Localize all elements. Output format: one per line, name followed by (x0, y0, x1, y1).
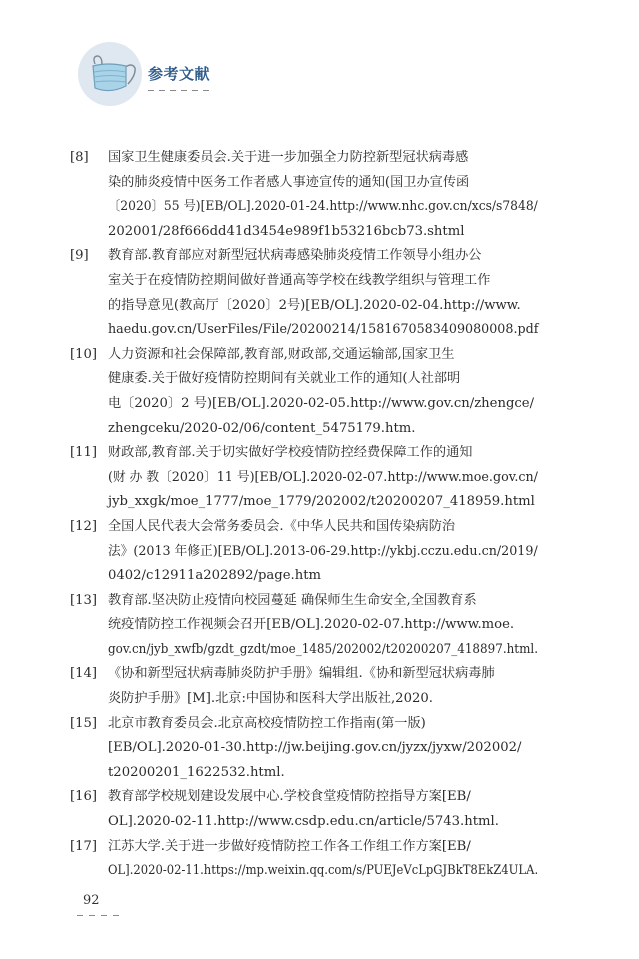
reference-number: [13] (70, 589, 97, 614)
reference-item: [8]国家卫生健康委员会.关于进一步加强全力防控新型冠状病毒感染的肺炎疫情中医务… (70, 146, 538, 244)
reference-item: [10]人力资源和社会保障部,教育部,财政部,交通运输部,国家卫生健康委.关于做… (70, 343, 538, 441)
reference-number: [16] (70, 785, 97, 810)
reference-line: 0402/c12911a202892/page.htm (108, 564, 538, 589)
reference-line: 炎防护手册》[M].北京:中国协和医科大学出版社,2020. (108, 687, 538, 712)
page-number-dashed-underline (77, 915, 119, 916)
reference-number: [10] (70, 343, 97, 368)
reference-line: 教育部学校规划建设发展中心.学校食堂疫情防控指导方案[EB/ (108, 785, 538, 810)
reference-line: gov.cn/jyb_xwfb/gzdt_gzdt/moe_1485/20200… (108, 638, 497, 663)
reference-line: 财政部,教育部.关于切实做好学校疫情防控经费保障工作的通知 (108, 441, 538, 466)
reference-number: [15] (70, 712, 97, 737)
reference-line: 教育部.坚决防止疫情向校园蔓延 确保师生生命安全,全国教育系 (108, 589, 538, 614)
reference-item: [16]教育部学校规划建设发展中心.学校食堂疫情防控指导方案[EB/OL].20… (70, 785, 538, 834)
reference-text: 人力资源和社会保障部,教育部,财政部,交通运输部,国家卫生健康委.关于做好疫情防… (70, 343, 538, 441)
reference-number: [14] (70, 662, 97, 687)
reference-number: [9] (70, 244, 89, 269)
reference-item: [13]教育部.坚决防止疫情向校园蔓延 确保师生生命安全,全国教育系统疫情防控工… (70, 589, 538, 663)
reference-line: 202001/28f666dd41d3454e989f1b53216bcb73.… (108, 220, 538, 245)
reference-line: OL].2020-02-11.http://www.csdp.edu.cn/ar… (108, 810, 538, 835)
reference-number: [11] (70, 441, 97, 466)
reference-line: 教育部.教育部应对新型冠状病毒感染肺炎疫情工作领导小组办公 (108, 244, 538, 269)
reference-text: 教育部.坚决防止疫情向校园蔓延 确保师生生命安全,全国教育系统疫情防控工作视频会… (70, 589, 538, 663)
reference-line: [EB/OL].2020-01-30.http://jw.beijing.gov… (108, 736, 538, 761)
reference-line: 北京市教育委员会.北京高校疫情防控工作指南(第一版) (108, 712, 538, 737)
reference-line: 室关于在疫情防控期间做好普通高等学校在线教学组织与管理工作 (108, 269, 538, 294)
reference-line: zhengceku/2020-02/06/content_5475179.htm… (108, 417, 538, 442)
reference-text: 《协和新型冠状病毒肺炎防护手册》编辑组.《协和新型冠状病毒肺炎防护手册》[M].… (70, 662, 538, 711)
reference-line: 《协和新型冠状病毒肺炎防护手册》编辑组.《协和新型冠状病毒肺 (108, 662, 538, 687)
reference-line: 法》(2013 年修正)[EB/OL].2013-06-29.http://yk… (108, 540, 522, 565)
section-header: 参考文献 (78, 42, 278, 112)
face-mask-icon (78, 42, 142, 106)
reference-line: 人力资源和社会保障部,教育部,财政部,交通运输部,国家卫生 (108, 343, 538, 368)
reference-number: [8] (70, 146, 89, 171)
reference-number: [17] (70, 835, 97, 860)
reference-item: [17]江苏大学.关于进一步做好疫情防控工作各工作组工作方案[EB/OL].20… (70, 835, 538, 884)
reference-line: t20200201_1622532.html. (108, 761, 538, 786)
title-dashed-underline (148, 90, 214, 91)
reference-text: 教育部学校规划建设发展中心.学校食堂疫情防控指导方案[EB/OL].2020-0… (70, 785, 538, 834)
reference-item: [12]全国人民代表大会常务委员会.《中华人民共和国传染病防治法》(2013 年… (70, 515, 538, 589)
reference-line: haedu.gov.cn/UserFiles/File/20200214/158… (108, 318, 522, 343)
reference-line: (财 办 教〔2020〕11 号)[EB/OL].2020-02-07.http… (108, 466, 522, 491)
reference-text: 国家卫生健康委员会.关于进一步加强全力防控新型冠状病毒感染的肺炎疫情中医务工作者… (70, 146, 538, 244)
reference-line: OL].2020-02-11.https://mp.weixin.qq.com/… (108, 859, 485, 884)
section-title: 参考文献 (148, 63, 210, 84)
page-number: 92 (83, 893, 100, 908)
reference-line: 的指导意见(教高厅〔2020〕2号)[EB/OL].2020-02-04.htt… (108, 294, 538, 319)
reference-text: 江苏大学.关于进一步做好疫情防控工作各工作组工作方案[EB/OL].2020-0… (70, 835, 538, 884)
reference-item: [9]教育部.教育部应对新型冠状病毒感染肺炎疫情工作领导小组办公室关于在疫情防控… (70, 244, 538, 342)
reference-line: 〔2020〕55 号)[EB/OL].2020-01-24.http://www… (108, 195, 509, 220)
reference-number: [12] (70, 515, 97, 540)
reference-item: [14]《协和新型冠状病毒肺炎防护手册》编辑组.《协和新型冠状病毒肺炎防护手册》… (70, 662, 538, 711)
reference-line: 统疫情防控工作视频会召开[EB/OL].2020-02-07.http://ww… (108, 613, 538, 638)
reference-text: 教育部.教育部应对新型冠状病毒感染肺炎疫情工作领导小组办公室关于在疫情防控期间做… (70, 244, 538, 342)
reference-text: 全国人民代表大会常务委员会.《中华人民共和国传染病防治法》(2013 年修正)[… (70, 515, 538, 589)
reference-text: 财政部,教育部.关于切实做好学校疫情防控经费保障工作的通知(财 办 教〔2020… (70, 441, 538, 515)
reference-line: 染的肺炎疫情中医务工作者感人事迹宣传的通知(国卫办宣传函 (108, 171, 538, 196)
reference-text: 北京市教育委员会.北京高校疫情防控工作指南(第一版)[EB/OL].2020-0… (70, 712, 538, 786)
reference-line: 电〔2020〕2 号)[EB/OL].2020-02-05.http://www… (108, 392, 538, 417)
reference-item: [11]财政部,教育部.关于切实做好学校疫情防控经费保障工作的通知(财 办 教〔… (70, 441, 538, 515)
reference-line: 全国人民代表大会常务委员会.《中华人民共和国传染病防治 (108, 515, 538, 540)
reference-line: 国家卫生健康委员会.关于进一步加强全力防控新型冠状病毒感 (108, 146, 538, 171)
reference-list: [8]国家卫生健康委员会.关于进一步加强全力防控新型冠状病毒感染的肺炎疫情中医务… (70, 146, 538, 884)
reference-line: 健康委.关于做好疫情防控期间有关就业工作的通知(人社部明 (108, 367, 538, 392)
reference-line: jyb_xxgk/moe_1777/moe_1779/202002/t20200… (108, 490, 538, 515)
reference-item: [15]北京市教育委员会.北京高校疫情防控工作指南(第一版)[EB/OL].20… (70, 712, 538, 786)
reference-line: 江苏大学.关于进一步做好疫情防控工作各工作组工作方案[EB/ (108, 835, 538, 860)
